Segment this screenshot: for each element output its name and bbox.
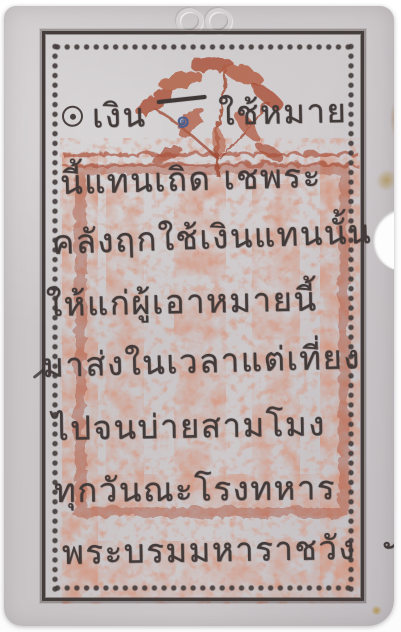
text-line-6: ไปจนบ่ายสามโมง <box>52 397 327 455</box>
word-use-note: ใช้หมาย <box>218 84 348 140</box>
fongman-mark-icon <box>62 106 83 127</box>
text-line-5: มาส่งในเวลาแต่เที่ยง <box>41 330 361 392</box>
text-line-4: ให้แก่ผู้เอาหมายนี้ <box>45 272 318 331</box>
end-mark: ๚ <box>382 531 394 566</box>
text-line-3: คลังฤกใช้เงินแทนนั้น <box>51 205 373 269</box>
text-line-2: นี้แทนเถิด เชพระ <box>59 149 322 209</box>
text-block: เงิน ๑ ใช้หมาย นี้แทนเถิด เชพระ คลังฤกใช… <box>4 6 394 626</box>
text-line-7: ทุกวันณะโรงทหาร <box>54 461 337 517</box>
text-line-8: พระบรมมหาราชวัง ๚ <box>62 520 394 579</box>
denomination-line: เงิน ๑ ใช้หมาย <box>61 84 347 143</box>
banknote-paper: เงิน ๑ ใช้หมาย นี้แทนเถิด เชพระ คลังฤกใช… <box>4 6 394 626</box>
word-money: เงิน <box>91 88 147 142</box>
denomination-fraction: ๑ <box>157 97 208 139</box>
fraction-numeral: ๑ <box>172 98 193 139</box>
palace-name: พระบรมมหาราชวัง <box>62 528 357 572</box>
photo-background: เงิน ๑ ใช้หมาย นี้แทนเถิด เชพระ คลังฤกใช… <box>0 0 401 632</box>
